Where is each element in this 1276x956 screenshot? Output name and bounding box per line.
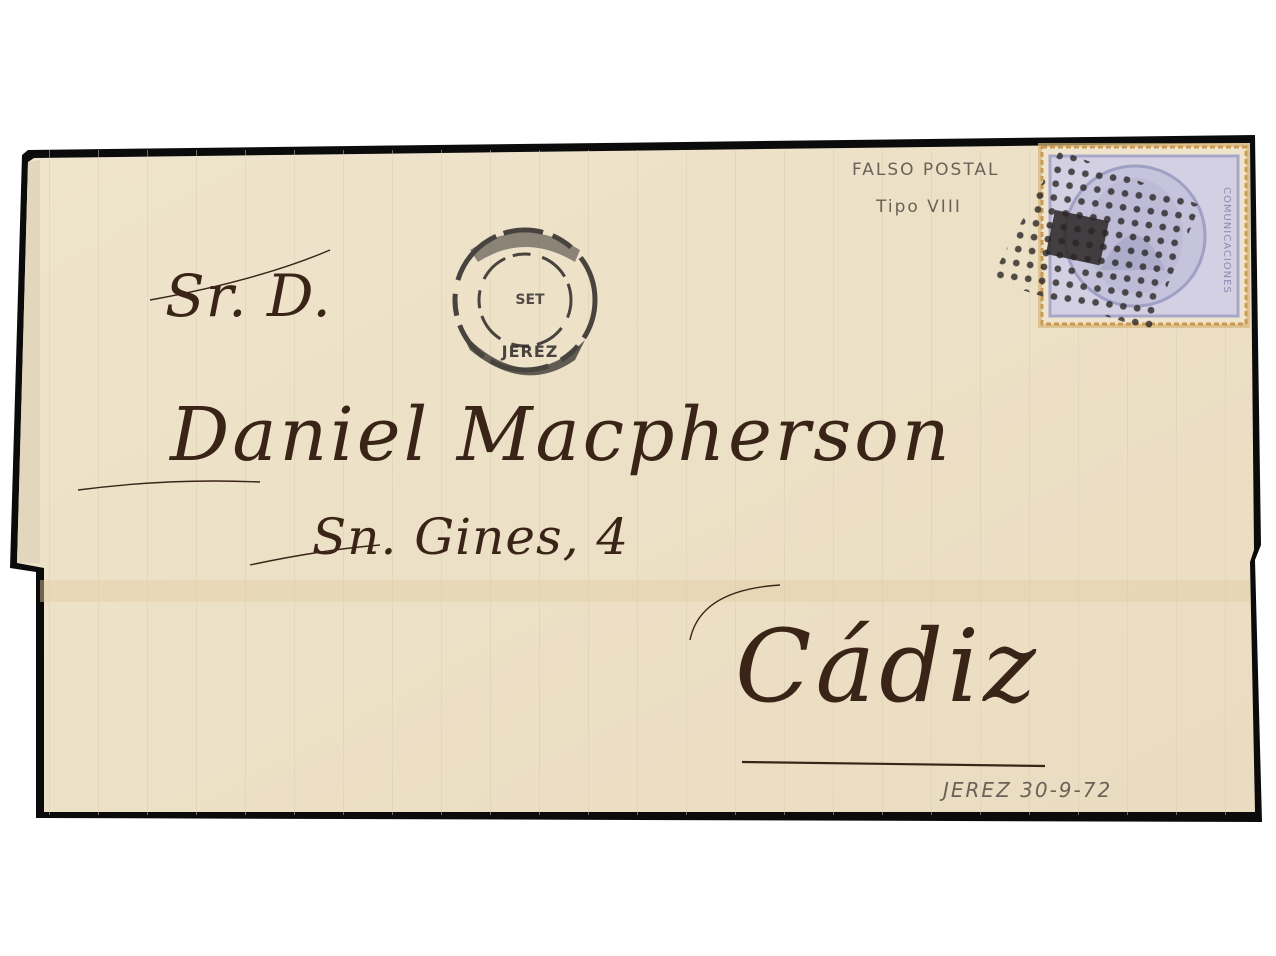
postmark-town: JEREZ xyxy=(470,342,590,361)
city-name: Cádiz xyxy=(735,608,1040,725)
postmark-date: SET xyxy=(500,292,560,308)
stamp-inscription: COMUNICACIONES xyxy=(1192,160,1232,320)
street-address: Sn. Gines, 4 xyxy=(312,508,629,566)
origin-date-note: JEREZ 30-9-72 xyxy=(943,778,1112,802)
pencil-note-tipo: Tipo VIII xyxy=(876,197,962,217)
salutation-text: Sr. D. xyxy=(165,262,332,330)
pencil-note-falso-postal: FALSO POSTAL xyxy=(852,160,999,180)
postal-cover xyxy=(0,0,1276,956)
recipient-name: Daniel Macpherson xyxy=(170,392,952,478)
